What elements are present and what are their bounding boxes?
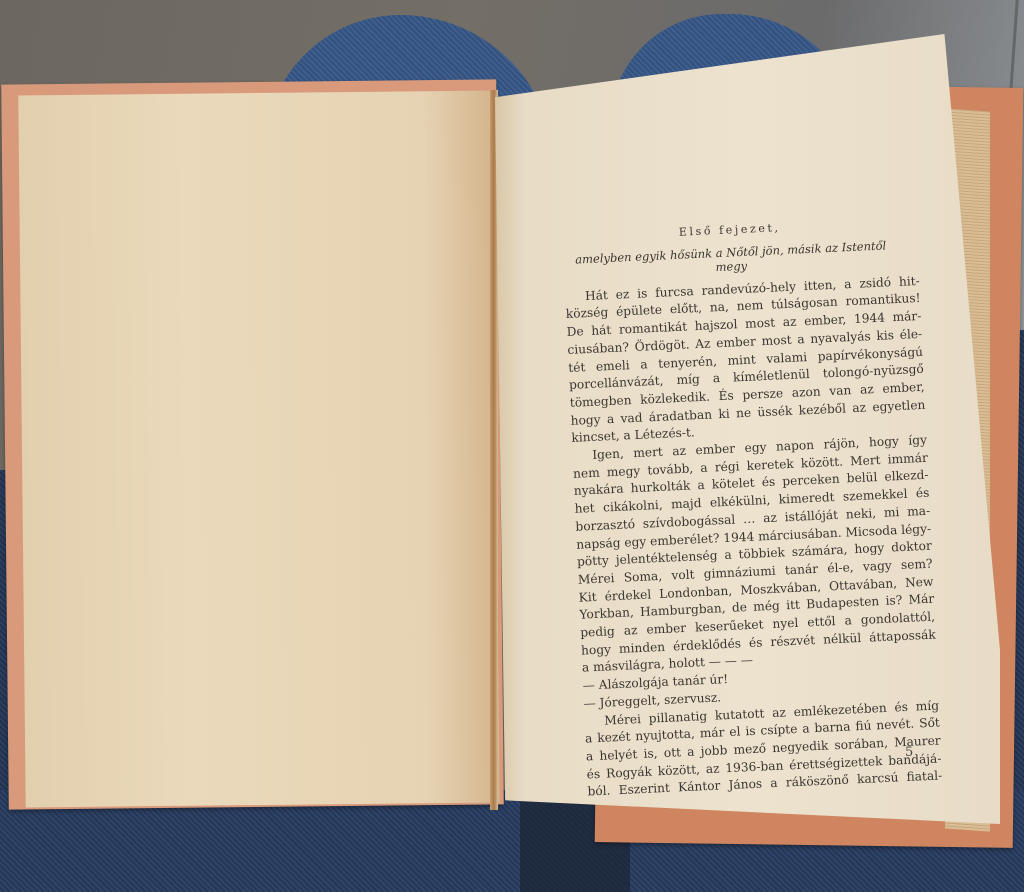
page-number: 5 [905, 745, 913, 760]
paragraph-1: Hát ez is furcsa randevúzó-hely itten, a… [545, 273, 927, 449]
left-page-blank [18, 91, 499, 808]
paragraph-3: Mérei pillanatig kutatott az emlékezetéb… [564, 697, 943, 802]
paragraph-2: Igen, mert az ember egy napon rájön, hog… [552, 432, 937, 679]
right-page-text: Első fejezet, amelyben egyik hősünk a Nő… [542, 213, 943, 803]
